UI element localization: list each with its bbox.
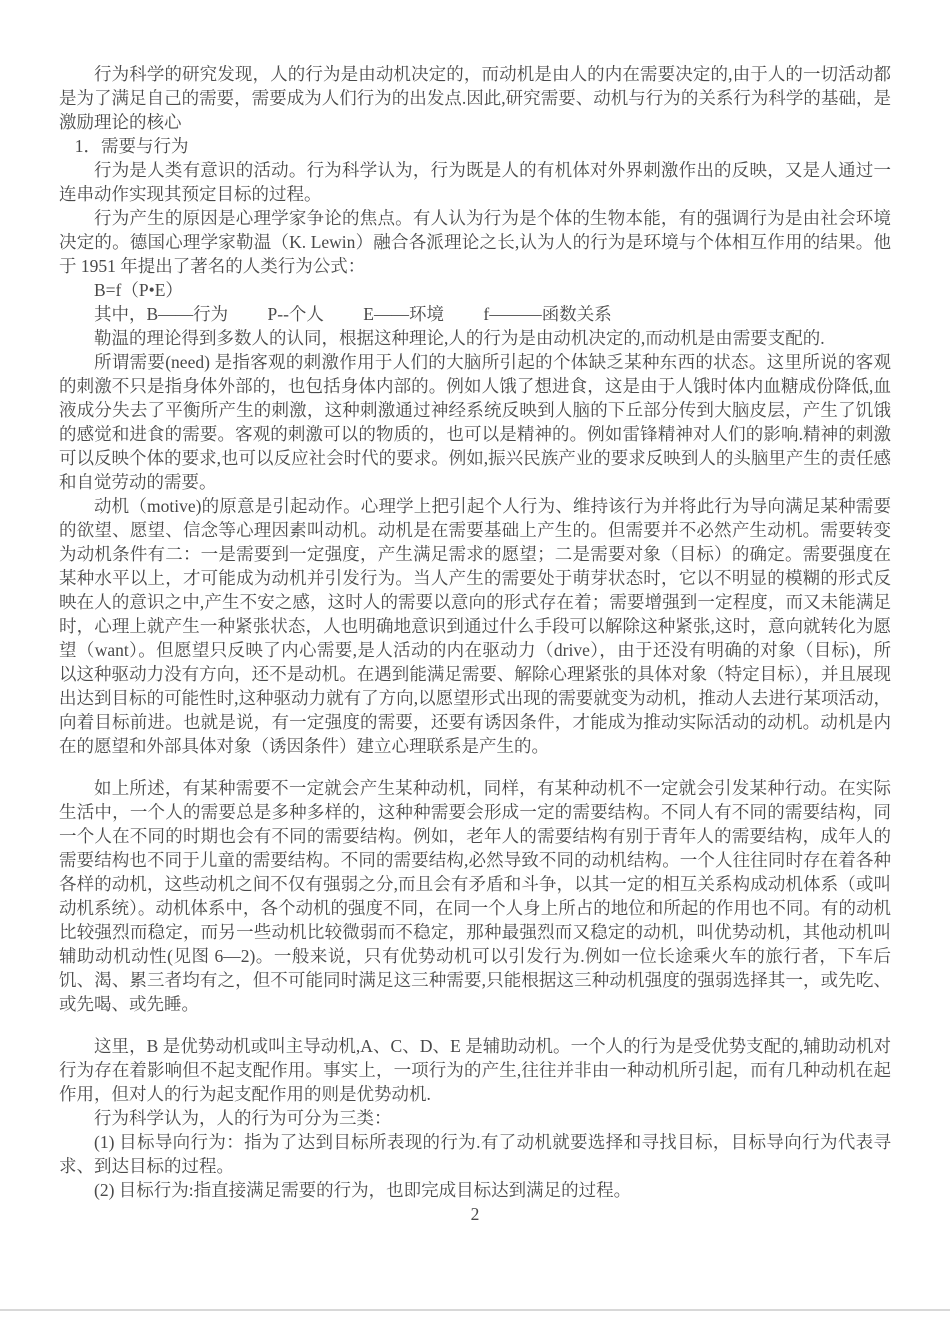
body-paragraph: (1) 目标导向行为：指为了达到目标所表现的行为.有了动机就要选择和寻找目标，目… <box>59 1130 891 1178</box>
body-paragraph: (2) 目标行为:指直接满足需要的行为，也即完成目标达到满足的过程。 <box>59 1178 891 1202</box>
body-paragraph: 行为科学的研究发现，人的行为是由动机决定的，而动机是由人的内在需要决定的,由于人… <box>59 62 891 134</box>
paragraph-spacer <box>59 1016 891 1034</box>
document-body: 行为科学的研究发现，人的行为是由动机决定的，而动机是由人的内在需要决定的,由于人… <box>59 62 891 1226</box>
body-paragraph: 勒温的理论得到多数人的认同，根据这种理论,人的行为是由动机决定的,而动机是由需要… <box>59 326 891 350</box>
paragraph-spacer <box>59 758 891 776</box>
body-paragraph: 所谓需要(need) 是指客观的刺激作用于人们的大脑所引起的个体缺乏某种东西的状… <box>59 350 891 494</box>
body-paragraph: 动机（motive)的原意是引起动作。心理学上把引起个人行为、维持该行为并将此行… <box>59 494 891 758</box>
body-paragraph: 这里，B 是优势动机或叫主导动机,A、C、D、E 是辅助动机。一个人的行为是受优… <box>59 1034 891 1106</box>
document-page: 行为科学的研究发现，人的行为是由动机决定的，而动机是由人的内在需要决定的,由于人… <box>0 0 950 1343</box>
body-paragraph: 行为是人类有意识的活动。行为科学认为，行为既是人的有机体对外界刺激作出的反映，又… <box>59 158 891 206</box>
section-heading: 1．需要与行为 <box>59 134 891 158</box>
body-paragraph: 如上所述，有某种需要不一定就会产生某种动机，同样，有某种动机不一定就会引发某种行… <box>59 776 891 1016</box>
page-number: 2 <box>59 1202 891 1226</box>
formula-line: B=f（P•E） <box>59 278 891 302</box>
page-bottom-divider <box>0 1309 950 1311</box>
body-paragraph: 行为产生的原因是心理学家争论的焦点。有人认为行为是个体的生物本能，有的强调行为是… <box>59 206 891 278</box>
body-paragraph: 行为科学认为，人的行为可分为三类： <box>59 1106 891 1130</box>
formula-line: 其中，B——行为 P--个人 E——环境 f———函数关系 <box>59 302 891 326</box>
